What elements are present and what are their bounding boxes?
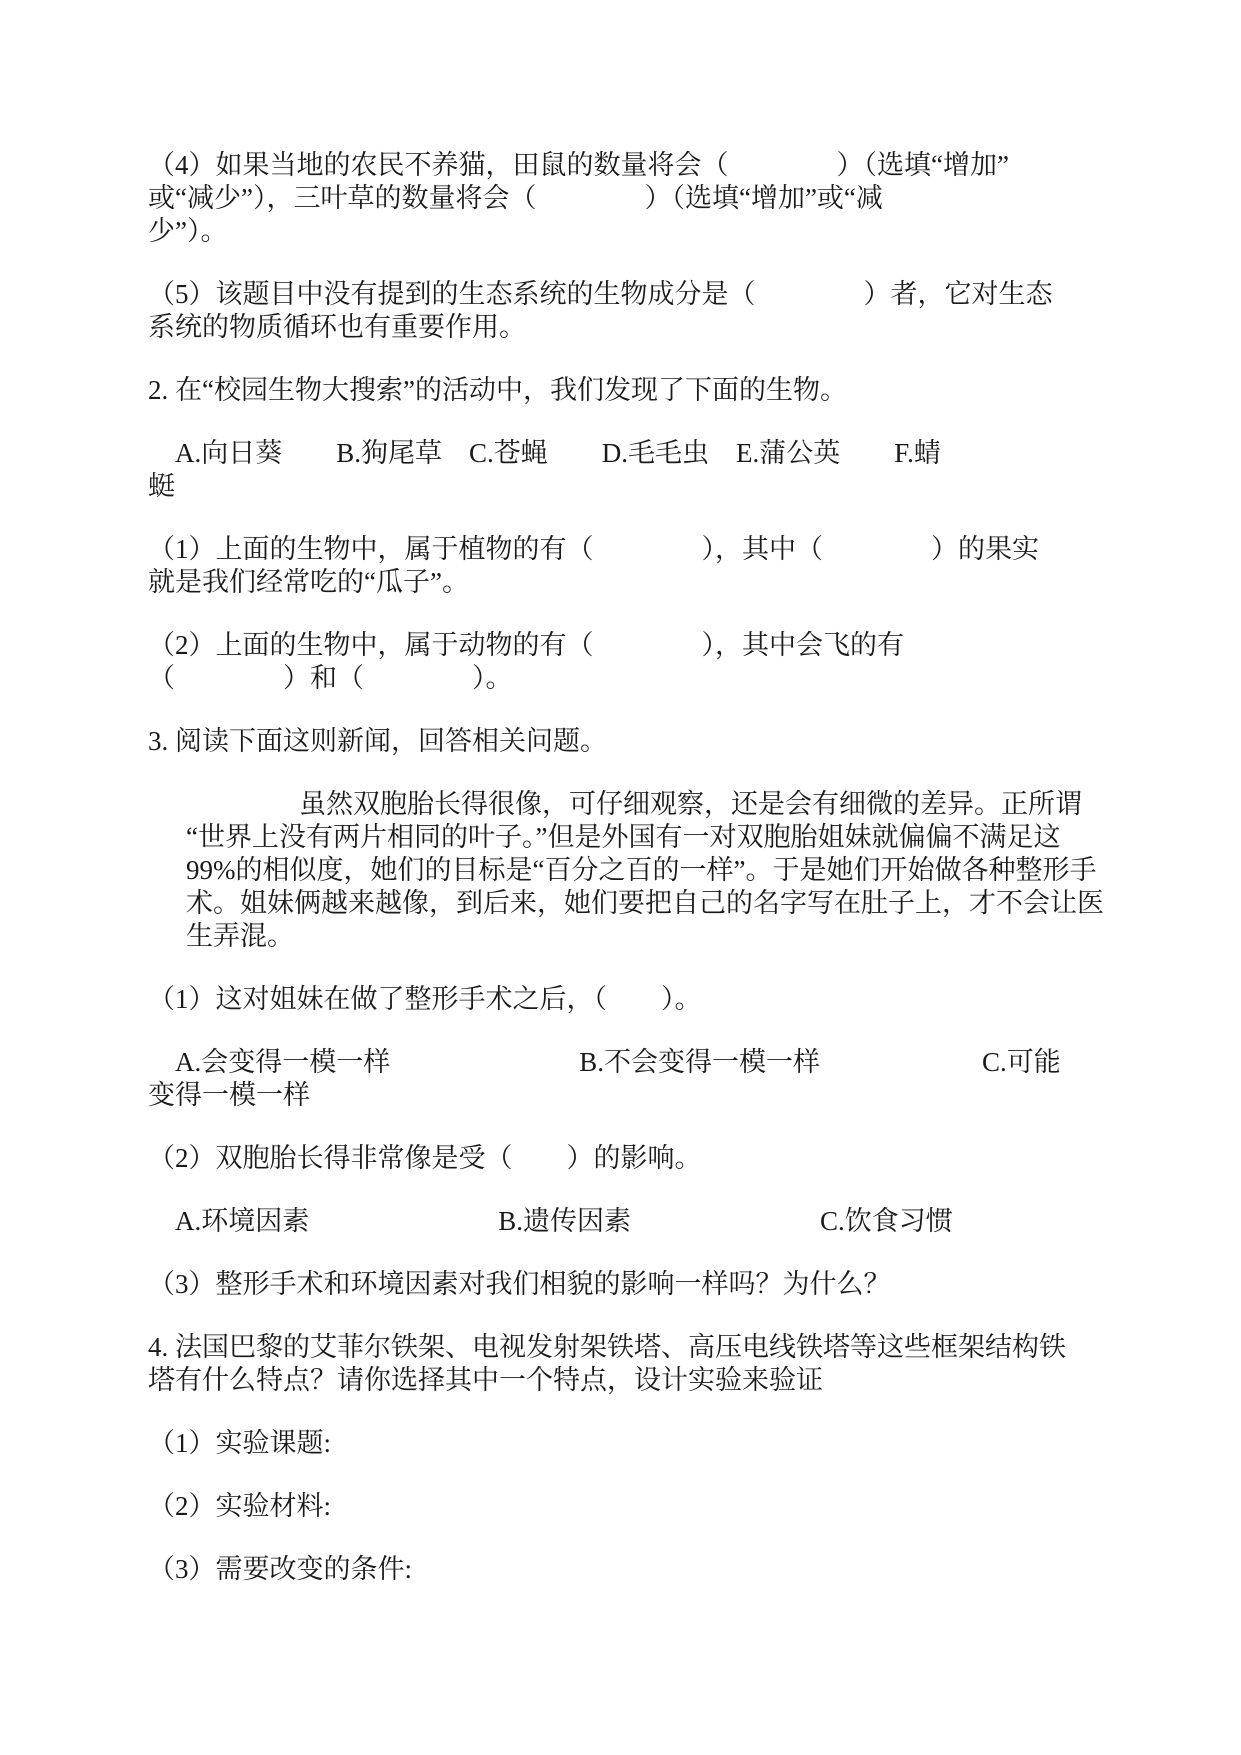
options-row: A.会变得一模一样 B.不会变得一模一样 C.可能变得一模一样 [148,1046,1148,1112]
paragraph: （5）该题目中没有提到的生态系统的生物成分是（ ）者，它对生态系统的物质循环也有… [148,278,1148,344]
paragraph: 4. 法国巴黎的艾菲尔铁架、电视发射架铁塔、高压电线铁塔等这些框架结构铁塔有什么… [148,1331,1148,1397]
text-line: A.会变得一模一样 B.不会变得一模一样 C.可能 [148,1046,1148,1079]
text-line: 4. 法国巴黎的艾菲尔铁架、电视发射架铁塔、高压电线铁塔等这些框架结构铁 [148,1331,1148,1364]
text-line: （2）上面的生物中，属于动物的有（ ），其中会飞的有 [148,629,1148,662]
text-line: （5）该题目中没有提到的生态系统的生物成分是（ ）者，它对生态 [148,278,1148,311]
paragraph: （4）如果当地的农民不养猫，田鼠的数量将会（ ）（选填“增加”或“减少”），三叶… [148,149,1148,248]
text-line: 术。姐妹俩越来越像，到后来，她们要把自己的名字写在肚子上，才不会让医 [186,887,1148,920]
paragraph: （3）需要改变的条件: [148,1553,1148,1586]
paragraph: （3）整形手术和环境因素对我们相貌的影响一样吗？为什么？ [148,1268,1148,1301]
paragraph: 2. 在“校园生物大搜索”的活动中，我们发现了下面的生物。 [148,374,1148,407]
paragraph: 3. 阅读下面这则新闻，回答相关问题。 [148,725,1148,758]
news-paragraph: 虽然双胞胎长得很像，可仔细观察，还是会有细微的差异。正所谓“世界上没有两片相同的… [186,788,1148,953]
text-line: 2. 在“校园生物大搜索”的活动中，我们发现了下面的生物。 [148,374,1148,407]
text-line: （1）实验课题: [148,1427,1148,1460]
text-line: （ ）和（ ）。 [148,662,1148,695]
paragraph: （1）实验课题: [148,1427,1148,1460]
text-line: （2）双胞胎长得非常像是受（ ）的影响。 [148,1142,1148,1175]
text-line: （3）需要改变的条件: [148,1553,1148,1586]
text-line: （3）整形手术和环境因素对我们相貌的影响一样吗？为什么？ [148,1268,1148,1301]
text-line: 蜓 [148,470,1148,503]
text-line: （1）上面的生物中，属于植物的有（ ），其中（ ）的果实 [148,533,1148,566]
document-page: （4）如果当地的农民不养猫，田鼠的数量将会（ ）（选填“增加”或“减少”），三叶… [0,0,1241,1755]
paragraph: （2）实验材料: [148,1490,1148,1523]
text-line: 3. 阅读下面这则新闻，回答相关问题。 [148,725,1148,758]
text-line: 就是我们经常吃的“瓜子”。 [148,566,1148,599]
text-line: 系统的物质循环也有重要作用。 [148,311,1148,344]
paragraph: （1）上面的生物中，属于植物的有（ ），其中（ ）的果实就是我们经常吃的“瓜子”… [148,533,1148,599]
paragraph: （2）上面的生物中，属于动物的有（ ），其中会飞的有（ ）和（ ）。 [148,629,1148,695]
text-line: “世界上没有两片相同的叶子。”但是外国有一对双胞胎姐妹就偏偏不满足这 [186,821,1148,854]
text-line: A.环境因素 B.遗传因素 C.饮食习惯 [148,1205,1148,1238]
text-line: （1）这对姐妹在做了整形手术之后，（ ）。 [148,983,1148,1016]
paragraph: （2）双胞胎长得非常像是受（ ）的影响。 [148,1142,1148,1175]
text-line: 变得一模一样 [148,1079,1148,1112]
options-row: A.环境因素 B.遗传因素 C.饮食习惯 [148,1205,1148,1238]
paragraph: （1）这对姐妹在做了整形手术之后，（ ）。 [148,983,1148,1016]
document-content: （4）如果当地的农民不养猫，田鼠的数量将会（ ）（选填“增加”或“减少”），三叶… [148,149,1148,1616]
options-row: A.向日葵 B.狗尾草 C.苍蝇 D.毛毛虫 E.蒲公英 F.蜻蜓 [148,437,1148,503]
text-line: 生弄混。 [186,920,1148,953]
text-line: 或“减少”），三叶草的数量将会（ ）（选填“增加”或“减 [148,182,1148,215]
text-line: 虽然双胞胎长得很像，可仔细观察，还是会有细微的差异。正所谓 [186,788,1148,821]
text-line: 99%的相似度，她们的目标是“百分之百的一样”。于是她们开始做各种整形手 [186,854,1148,887]
text-line: （4）如果当地的农民不养猫，田鼠的数量将会（ ）（选填“增加” [148,149,1148,182]
text-line: A.向日葵 B.狗尾草 C.苍蝇 D.毛毛虫 E.蒲公英 F.蜻 [148,437,1148,470]
text-line: 塔有什么特点？请你选择其中一个特点，设计实验来验证 [148,1364,1148,1397]
text-line: 少”）。 [148,215,1148,248]
text-line: （2）实验材料: [148,1490,1148,1523]
